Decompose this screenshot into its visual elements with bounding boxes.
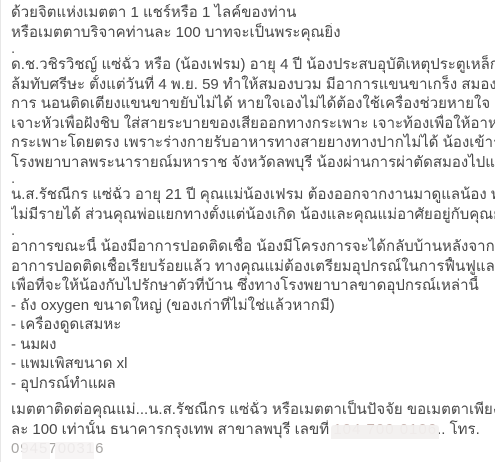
- text-line: อาการขณะนี้ น้องมีอาการปอดติดเชื้อ น้องม…: [11, 237, 495, 257]
- condition-paragraph: อาการขณะนี้ น้องมีอาการปอดติดเชื้อ น้องม…: [11, 237, 495, 296]
- text-line: ไม่มีรายได้ ส่วนคุณพ่อแยกทางตั้งแต่น้องเ…: [11, 205, 495, 225]
- contact-paragraph: เมตตาติดต่อคุณแม่...น.ส.รัชณีกร แซ่ฉั่ว …: [11, 400, 495, 459]
- bank-info-text: ละ 100 เท่านั้น ธนาคารกรุงเทพ สาขาลพบุรี…: [11, 421, 333, 438]
- paragraph-separator-dot: .: [11, 172, 495, 185]
- text-line: เจาะหัวเพื่อฝังชิบ ใส่สายระบายของเสียออก…: [11, 114, 495, 134]
- text-line: ละ 100 เท่านั้น ธนาคารกรุงเทพ สาขาลพบุรี…: [11, 420, 495, 440]
- mother-paragraph: น.ส.รัชณีกร แซ่ฉั่ว อายุ 21 ปี คุณแม่น้อ…: [11, 185, 495, 224]
- text-line: เพื่อที่จะให้น้องกับไปรักษาตัวที่บ้าน ซึ…: [11, 276, 495, 296]
- text-line: โรงพยาบาลพระนารายณ์มหาราช จังหวัดลพบุรี …: [11, 153, 495, 173]
- needs-list-item: - นมผง: [11, 335, 495, 355]
- text-line: กระเพาะโดยตรง เพราะร่างกายรับอาหารทางสาย…: [11, 133, 495, 153]
- needs-list-item: - ถัง oxygen ขนาดใหญ่ (ของเก่าที่ไม่ใช่แ…: [11, 296, 495, 316]
- case-details-paragraph: ด.ช.วชิรวิชญ์ แซ่ฉั่ว หรือ (น้องเฟรม) อา…: [11, 55, 495, 172]
- needs-list-item: - เครื่องดูดเสมหะ: [11, 315, 495, 335]
- post-text-body: ด้วยจิตแห่งเมตตา 1 แชร์หรือ 1 ไลค์ของท่า…: [0, 0, 500, 462]
- needs-list: - ถัง oxygen ขนาดใหญ่ (ของเก่าที่ไม่ใช่แ…: [11, 296, 495, 394]
- text-line: หรือเมตตาบริจาคท่านละ 100 บาทจะเป็นพระคุ…: [11, 23, 495, 43]
- text-line: น.ส.รัชณีกร แซ่ฉั่ว อายุ 21 ปี คุณแม่น้อ…: [11, 185, 495, 205]
- intro-paragraph: ด้วยจิตแห่งเมตตา 1 แชร์หรือ 1 ไลค์ของท่า…: [11, 3, 495, 42]
- text-line: ด.ช.วชิรวิชญ์ แซ่ฉั่ว หรือ (น้องเฟรม) อา…: [11, 55, 495, 75]
- paragraph-separator-dot: .: [11, 42, 495, 55]
- text-line: อาการปอดติดเชื้อเรียบร้อยแล้ว ทางคุณแม่ต…: [11, 257, 495, 277]
- text-line: 0945700316: [11, 439, 495, 459]
- bank-info-suffix: .. โทร.: [437, 421, 480, 438]
- redacted-account-number: 104 700 0106: [333, 420, 437, 440]
- paragraph-separator-dot: .: [11, 224, 495, 237]
- redacted-phone-number: 0945700316: [11, 439, 104, 459]
- needs-list-item: - แพมเพิสขนาด xl: [11, 354, 495, 374]
- paragraph-gap: [11, 393, 495, 400]
- text-line: ล้มทับศรีษะ ตั้งแต่วันที่ 4 พ.ย. 59 ทำให…: [11, 75, 495, 95]
- text-line: การ นอนติดเตียงแขนขาขยับไม่ได้ หายใจเองไ…: [11, 94, 495, 114]
- text-line: เมตตาติดต่อคุณแม่...น.ส.รัชณีกร แซ่ฉั่ว …: [11, 400, 495, 420]
- needs-list-item: - อุปกรณ์ทำแผล: [11, 374, 495, 394]
- text-line: ด้วยจิตแห่งเมตตา 1 แชร์หรือ 1 ไลค์ของท่า…: [11, 3, 495, 23]
